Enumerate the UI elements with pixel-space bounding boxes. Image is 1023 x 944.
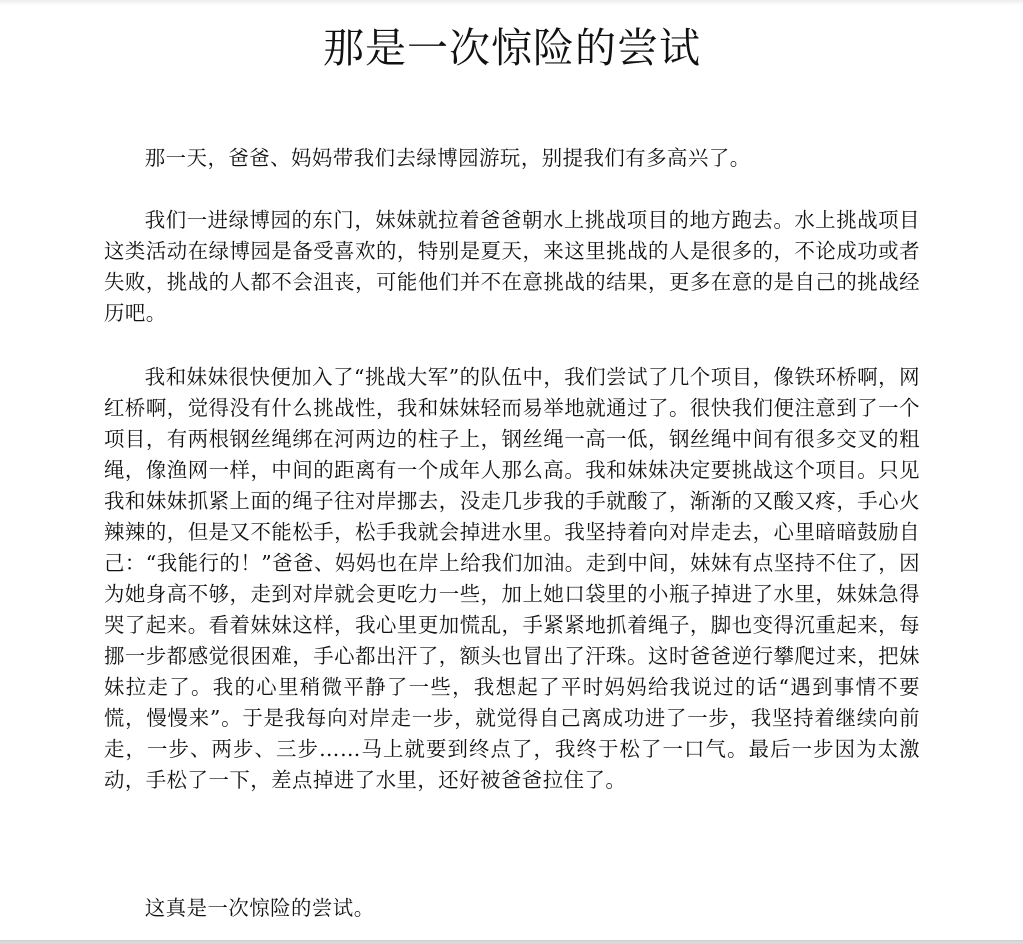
paragraph-arrival: 我们一进绿博园的东门，妹妹就拉着爸爸朝水上挑战项目的地方跑去。水上挑战项目这类活… xyxy=(104,205,920,329)
paragraph-challenge: 我和妹妹很快便加入了“挑战大军”的队伍中，我们尝试了几个项目，像铁环桥啊，网红桥… xyxy=(104,362,920,796)
paragraph-conclusion: 这真是一次惊险的尝试。 xyxy=(104,893,920,924)
paragraph-intro: 那一天，爸爸、妈妈带我们去绿博园游玩，别提我们有多高兴了。 xyxy=(104,143,920,174)
page-bottom-border xyxy=(0,940,1023,944)
document-title: 那是一次惊险的尝试 xyxy=(104,22,920,74)
top-edge-shadow xyxy=(0,0,1023,5)
